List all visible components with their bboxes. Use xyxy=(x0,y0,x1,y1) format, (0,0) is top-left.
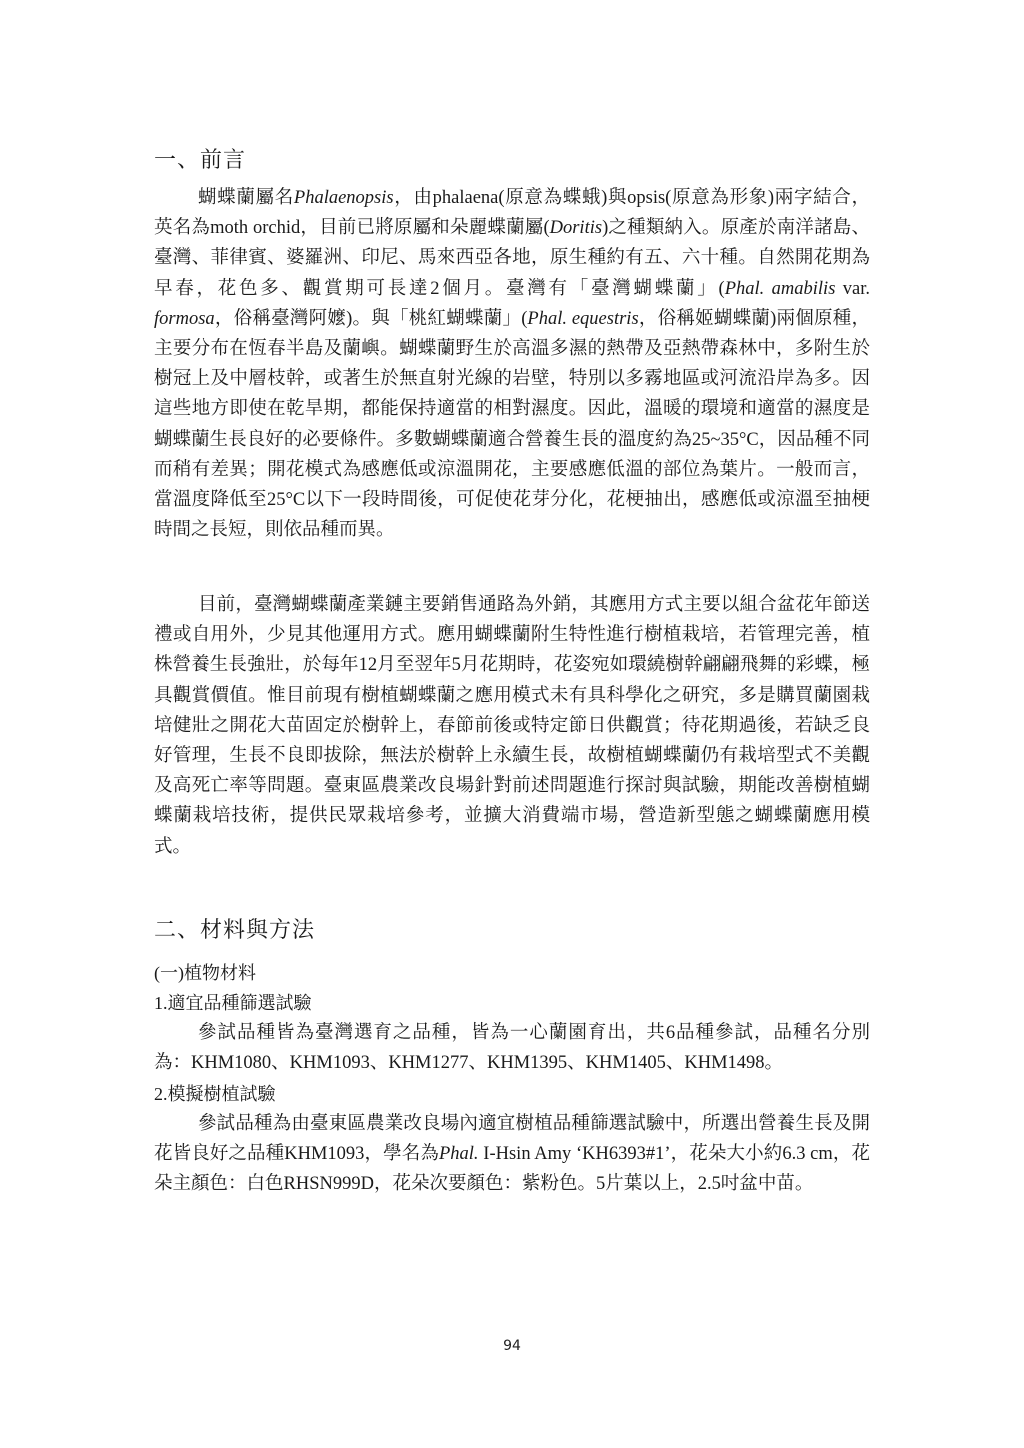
item-text-simulated-tree-planting: 參試品種為由臺東區農業改良場內適宜樹植品種篩選試驗中，所選出營養生長及開花皆良好… xyxy=(154,1109,870,1200)
item-title-variety-screening: 1.適宜品種篩選試驗 xyxy=(154,988,312,1018)
section-heading-materials-methods: 二、材料與方法 xyxy=(154,913,315,944)
intro-paragraph-2: 目前，臺灣蝴蝶蘭產業鏈主要銷售通路為外銷，其應用方式主要以組合盆花年節送禮或自用… xyxy=(154,590,870,862)
subsection-plant-materials: (一)植物材料 xyxy=(154,958,256,988)
item-title-simulated-tree-planting: 2.模擬樹植試驗 xyxy=(154,1079,276,1109)
item-text-variety-screening: 參試品種皆為臺灣選育之品種，皆為一心蘭園育出，共6品種參試，品種名分別為：KHM… xyxy=(154,1018,870,1078)
page-number: 94 xyxy=(0,1338,1024,1354)
section-heading-introduction: 一、前言 xyxy=(154,143,246,174)
intro-paragraph-1: 蝴蝶蘭屬名Phalaenopsis，由phalaena(原意為蝶蛾)與opsis… xyxy=(154,183,870,545)
